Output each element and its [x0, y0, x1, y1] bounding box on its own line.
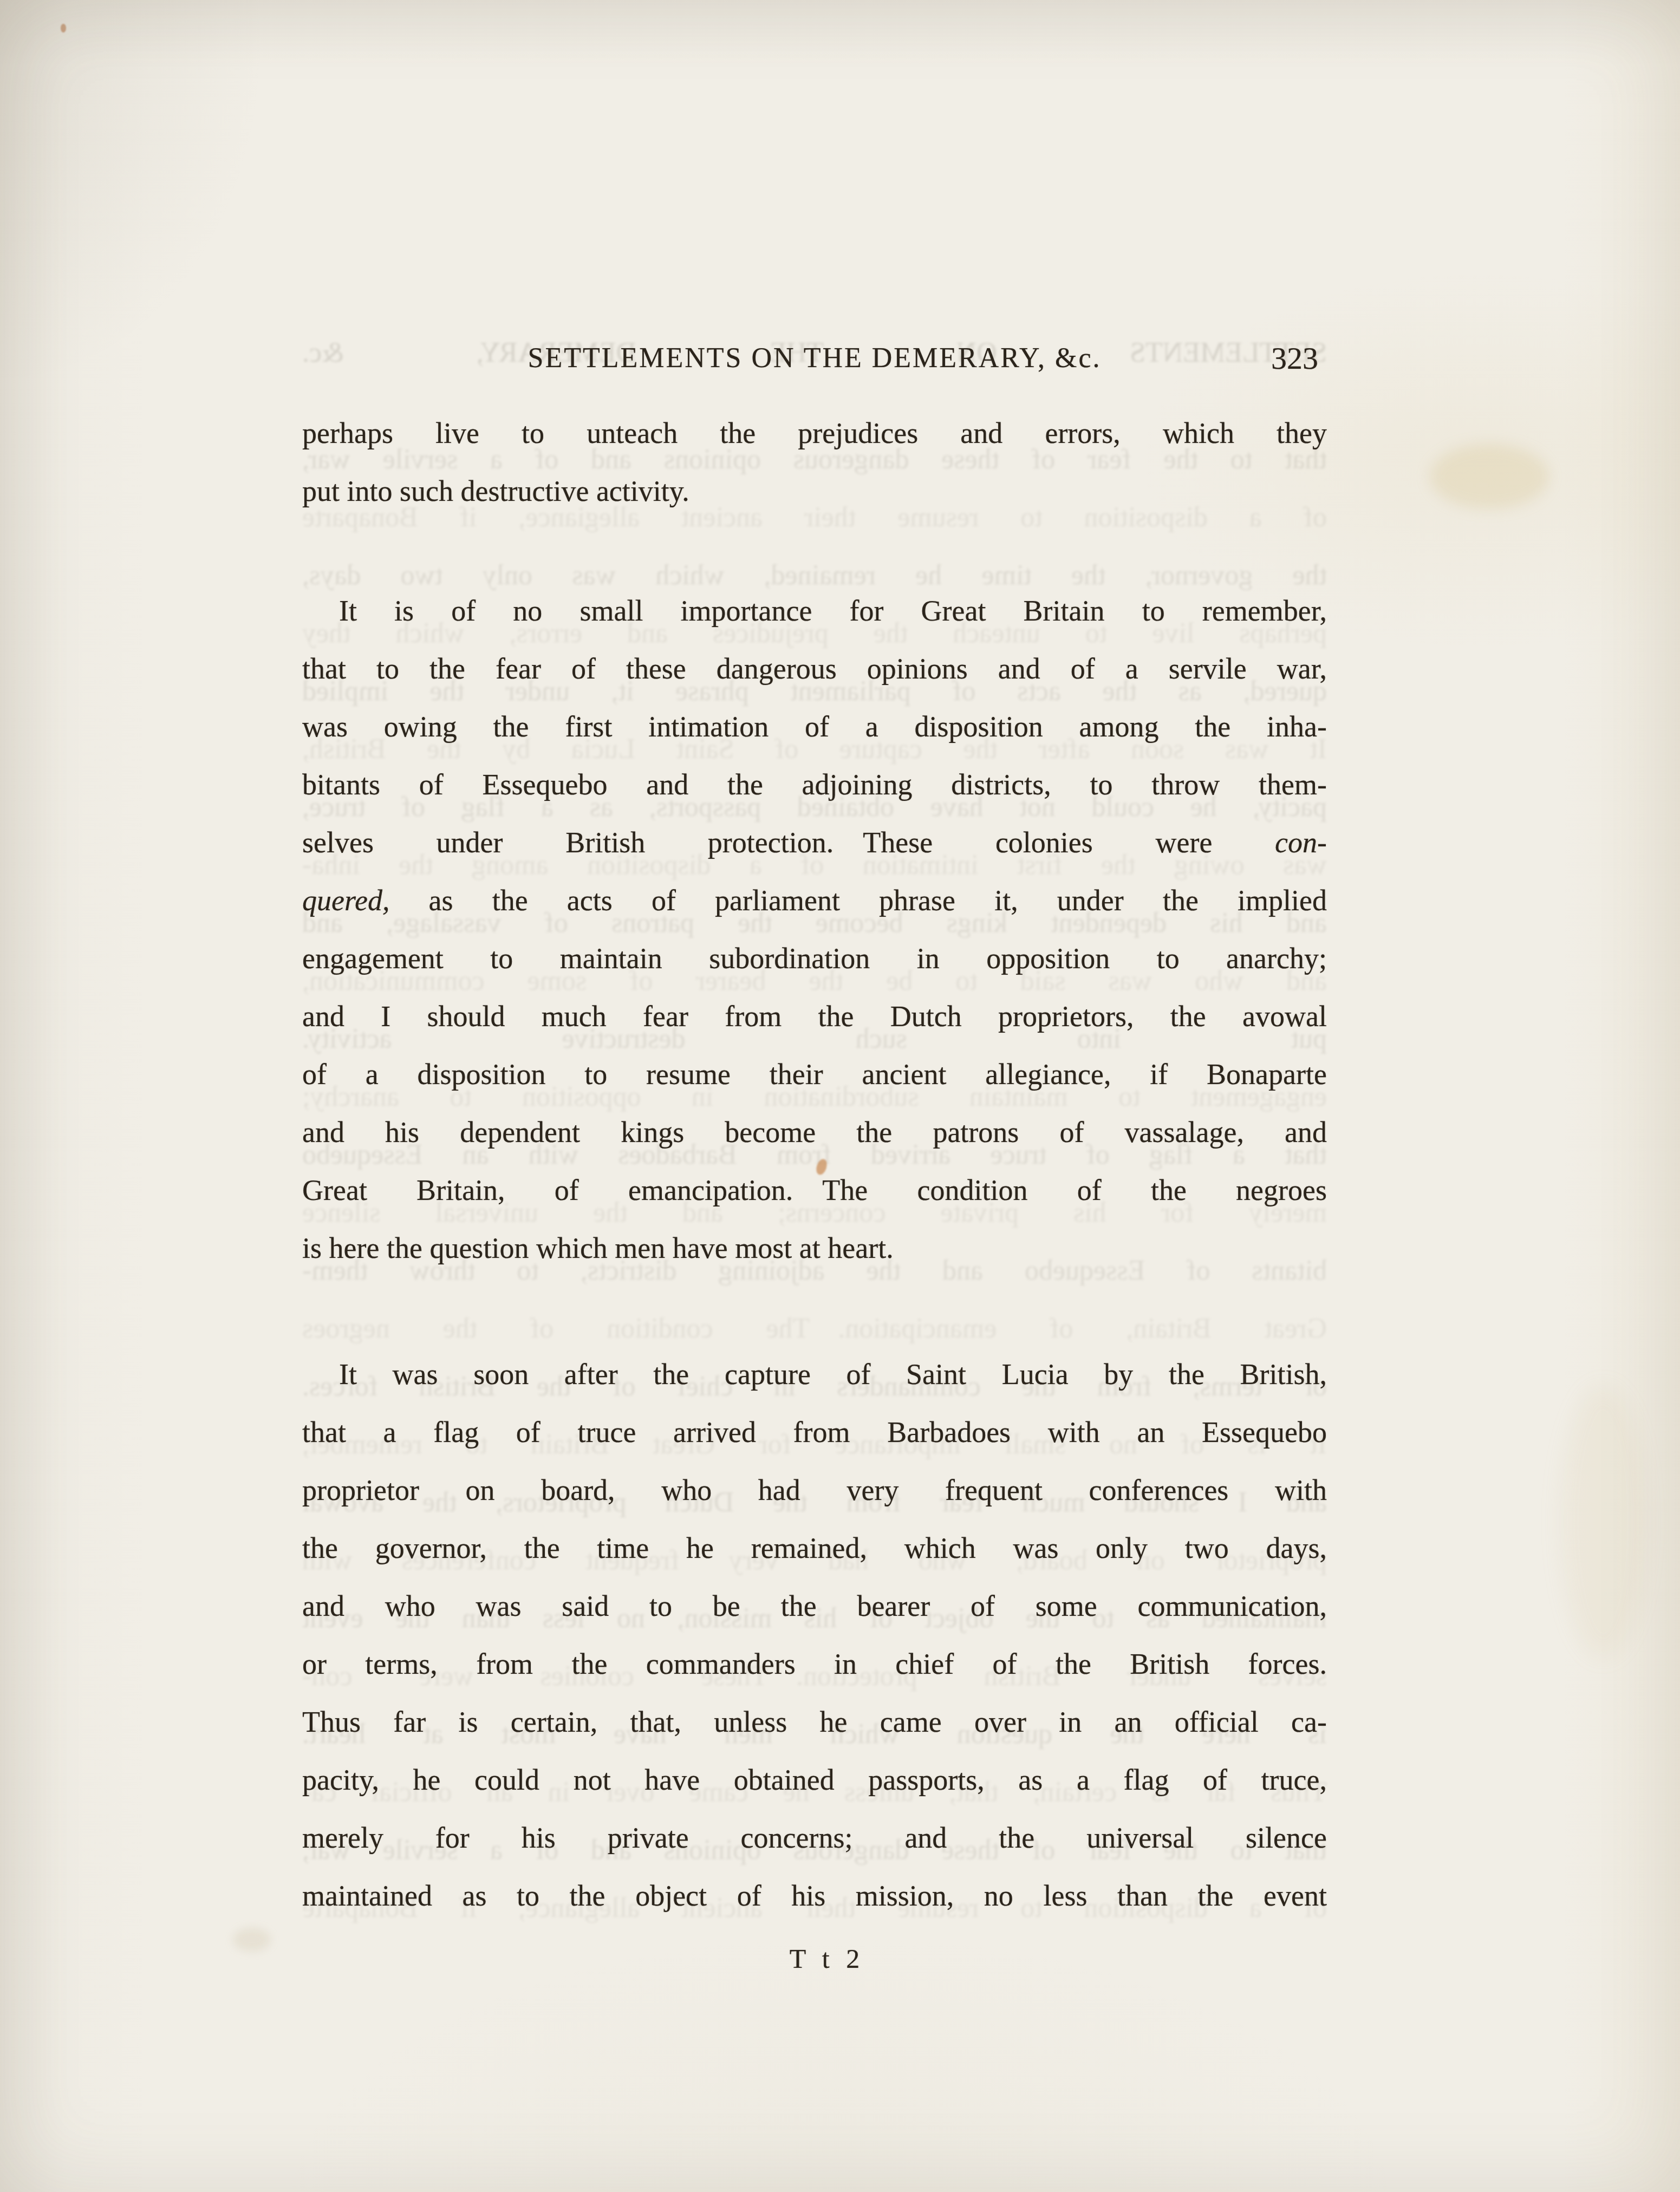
text-line: the governor, the time he remained, whic…	[302, 1519, 1327, 1577]
text-line: maintained as to the object of his missi…	[302, 1867, 1327, 1925]
text-line: bitants of Essequebo and the adjoining d…	[302, 756, 1327, 814]
text-line: Great Britain, of emancipation. The cond…	[302, 1162, 1327, 1219]
scanned-book-page: { "document": { "header": { "running_tit…	[0, 0, 1680, 2192]
text-segment: of a disposition to resume their ancient…	[302, 1058, 1327, 1091]
paper-stain	[61, 24, 66, 32]
text-segment: that a flag of truce arrived from Barbad…	[302, 1416, 1327, 1449]
text-segment: selves under British protection. These c…	[302, 826, 1275, 859]
text-line: It is of no small importance for Great B…	[302, 582, 1327, 640]
running-title: SETTLEMENTS ON THE DEMERARY, &c.	[302, 331, 1327, 386]
text-line: pacity, he could not have obtained passp…	[302, 1751, 1327, 1809]
text-segment: and I should much fear from the Dutch pr…	[302, 1000, 1327, 1033]
text-segment: Thus far is certain, that, unless he cam…	[302, 1706, 1327, 1738]
text-segment: It is of no small importance for Great B…	[339, 595, 1327, 627]
text-segment: the governor, the time he remained, whic…	[302, 1532, 1327, 1564]
text-line: perhaps live to unteach the prejudices a…	[302, 405, 1327, 462]
page-number: 323	[1271, 331, 1318, 386]
text-segment: con-	[1275, 826, 1327, 859]
text-line: was owing the first intimation of a disp…	[302, 698, 1327, 756]
text-segment: maintained as to the object of his missi…	[302, 1880, 1327, 1912]
text-segment: is here the question which men have most…	[302, 1232, 894, 1264]
text-line: engagement to maintain subordination in …	[302, 930, 1327, 988]
page: SETTLEMENTS ON THE DEMERARY, &c.that to …	[0, 0, 1680, 2192]
text-line: put into such destructive activity.	[302, 462, 1327, 520]
text-segment: merely for his private concerns; and the…	[302, 1822, 1327, 1854]
paper-stain	[233, 1928, 271, 1952]
text-segment: It was soon after the capture of Saint L…	[339, 1358, 1327, 1391]
text-segment: was owing the first intimation of a disp…	[302, 710, 1327, 743]
text-segment: and his dependent kings become the patro…	[302, 1116, 1327, 1149]
paper-stain	[1430, 444, 1549, 509]
text-segment: put into such destructive activity.	[302, 475, 689, 507]
text-line: proprietor on board, who had very freque…	[302, 1462, 1327, 1519]
text-line: of a disposition to resume their ancient…	[302, 1046, 1327, 1104]
text-segment: pacity, he could not have obtained passp…	[302, 1764, 1327, 1796]
text-line: and I should much fear from the Dutch pr…	[302, 988, 1327, 1046]
text-line: that to the fear of these dangerous opin…	[302, 640, 1327, 698]
text-segment: that to the fear of these dangerous opin…	[302, 653, 1327, 685]
text-line: Thus far is certain, that, unless he cam…	[302, 1693, 1327, 1751]
paragraph: It is of no small importance for Great B…	[302, 582, 1327, 1277]
page-header: SETTLEMENTS ON THE DEMERARY, &c. 323	[302, 331, 1327, 386]
text-segment: quered,	[302, 884, 389, 917]
text-segment: proprietor on board, who had very freque…	[302, 1474, 1327, 1506]
text-line: merely for his private concerns; and the…	[302, 1809, 1327, 1867]
paper-stain	[1560, 1386, 1646, 1657]
text-segment: or terms, from the commanders in chief o…	[302, 1648, 1327, 1680]
text-segment: perhaps live to unteach the prejudices a…	[302, 417, 1327, 449]
text-line: or terms, from the commanders in chief o…	[302, 1635, 1327, 1693]
signature-mark: T t 2	[302, 1929, 1327, 1988]
text-line: quered, as the acts of parliament phrase…	[302, 872, 1327, 930]
text-segment: as the acts of parliament phrase it, und…	[389, 884, 1327, 917]
text-line: is here the question which men have most…	[302, 1219, 1327, 1277]
text-line: that a flag of truce arrived from Barbad…	[302, 1404, 1327, 1462]
text-line: and his dependent kings become the patro…	[302, 1104, 1327, 1162]
text-line: and who was said to be the bearer of som…	[302, 1577, 1327, 1635]
text-segment: and who was said to be the bearer of som…	[302, 1590, 1327, 1622]
text-segment: bitants of Essequebo and the adjoining d…	[302, 768, 1327, 801]
text-line: selves under British protection. These c…	[302, 814, 1327, 872]
paragraph: perhaps live to unteach the prejudices a…	[302, 405, 1327, 520]
paragraph: It was soon after the capture of Saint L…	[302, 1346, 1327, 1925]
text-segment: Great Britain, of emancipation. The cond…	[302, 1174, 1327, 1206]
text-line: It was soon after the capture of Saint L…	[302, 1346, 1327, 1404]
text-segment: engagement to maintain subordination in …	[302, 942, 1327, 975]
